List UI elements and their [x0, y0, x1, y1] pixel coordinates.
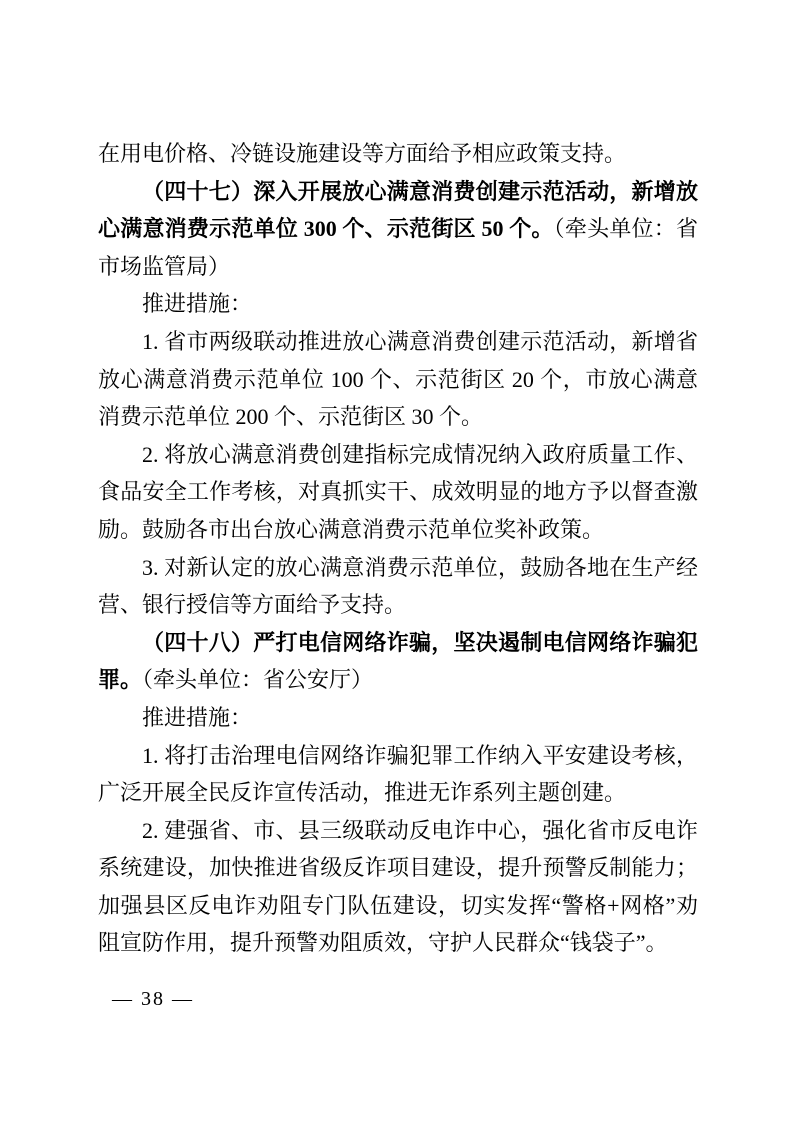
section-47-measures-label: 推进措施：	[98, 285, 698, 323]
section-47-measure-2: 2. 将放心满意消费创建指标完成情况纳入政府质量工作、食品安全工作考核，对真抓实…	[98, 436, 698, 549]
section-48-heading: （四十八）严打电信网络诈骗，坚决遏制电信网络诈骗犯罪。（牵头单位：省公安厅）	[98, 624, 698, 699]
document-body: 在用电价格、冷链设施建设等方面给予相应政策支持。 （四十七）深入开展放心满意消费…	[98, 135, 698, 962]
section-47-measure-1: 1. 省市两级联动推进放心满意消费创建示范活动，新增省放心满意消费示范单位 10…	[98, 323, 698, 436]
section-48-measure-2: 2. 建强省、市、县三级联动反电诈中心，强化省市反电诈系统建设，加快推进省级反诈…	[98, 812, 698, 962]
section-47-heading: （四十七）深入开展放心满意消费创建示范活动，新增放心满意消费示范单位 300 个…	[98, 173, 698, 286]
paragraph-text: 2. 建强省、市、县三级联动反电诈中心，强化省市反电诈系统建设，加快推进省级反诈…	[98, 818, 698, 956]
paragraph-continuation: 在用电价格、冷链设施建设等方面给予相应政策支持。	[98, 135, 698, 173]
section-48-lead-unit: （牵头单位：省公安厅）	[142, 667, 373, 692]
section-48-measures-label: 推进措施：	[98, 699, 698, 737]
paragraph-text: 推进措施：	[142, 291, 252, 316]
section-48-measure-1: 1. 将打击治理电信网络诈骗犯罪工作纳入平安建设考核，广泛开展全民反诈宣传活动，…	[98, 737, 698, 812]
paragraph-text: 在用电价格、冷链设施建设等方面给予相应政策支持。	[98, 141, 626, 166]
document-page: 在用电价格、冷链设施建设等方面给予相应政策支持。 （四十七）深入开展放心满意消费…	[0, 0, 793, 1122]
paragraph-text: 2. 将放心满意消费创建指标完成情况纳入政府质量工作、食品安全工作考核，对真抓实…	[98, 442, 698, 542]
section-47-measure-3: 3. 对新认定的放心满意消费示范单位，鼓励各地在生产经营、银行授信等方面给予支持…	[98, 549, 698, 624]
paragraph-text: 1. 省市两级联动推进放心满意消费创建示范活动，新增省放心满意消费示范单位 10…	[98, 329, 698, 429]
page-number: — 38 —	[112, 988, 194, 1011]
paragraph-text: 1. 将打击治理电信网络诈骗犯罪工作纳入平安建设考核，广泛开展全民反诈宣传活动，…	[98, 743, 698, 806]
paragraph-text: 3. 对新认定的放心满意消费示范单位，鼓励各地在生产经营、银行授信等方面给予支持…	[98, 555, 698, 618]
paragraph-text: 推进措施：	[142, 705, 252, 730]
